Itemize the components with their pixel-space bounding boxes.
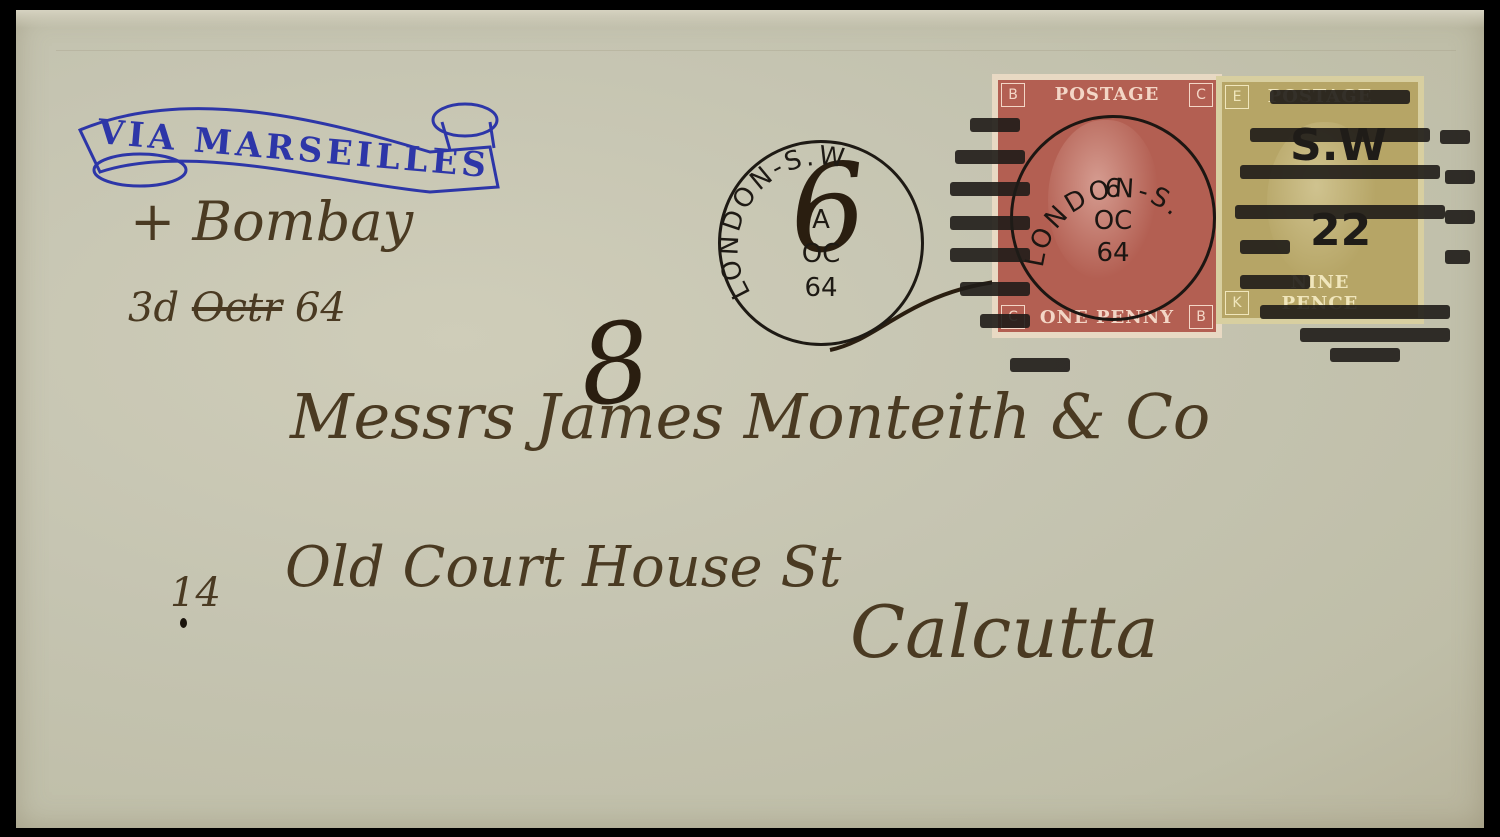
stamp-corner-letter: K (1225, 291, 1249, 315)
postmark-date: 6 OC 64 (1073, 173, 1153, 269)
postmark-month: OC (781, 237, 861, 271)
postmark-number: 6 (1073, 173, 1153, 205)
stamp-top-label: POSTAGE (1026, 84, 1188, 105)
postmark-month: OC (1073, 205, 1153, 237)
city-name: Calcutta (850, 590, 1159, 674)
duplex-number: 22 (1310, 205, 1371, 256)
stamp-corner-letter: E (1225, 85, 1249, 109)
postmark-year: 64 (781, 271, 861, 305)
postmark-year: 64 (1073, 237, 1153, 269)
duplex-district: S.W (1290, 120, 1387, 171)
date-year: 64 (295, 285, 346, 331)
london-sw-postmark: LONDON-S.W A OC 64 (718, 140, 924, 346)
postmark-letter: A (781, 203, 861, 237)
date-month-struck: Octr (192, 285, 282, 331)
date-note: 3d Octr 64 (128, 285, 346, 331)
london-sw-stamp-cancel: LONDON-S.W 6 OC 64 (1010, 115, 1216, 321)
stamp-corner-letter: C (1189, 83, 1213, 107)
street-name: Old Court House St (285, 535, 841, 600)
via-marseilles-cachet: VIA MARSEILLES (70, 92, 510, 202)
routing-note: + Bombay (130, 190, 413, 253)
stamp-corner-letter: B (1001, 83, 1025, 107)
addressee-name: Messrs James Monteith & Co (290, 380, 1210, 453)
date-day: 3d (128, 285, 179, 331)
ink-dot (180, 618, 187, 628)
envelope-fold (56, 50, 1456, 51)
street-number: 14 (170, 570, 221, 616)
postmark-date: A OC 64 (781, 203, 861, 305)
